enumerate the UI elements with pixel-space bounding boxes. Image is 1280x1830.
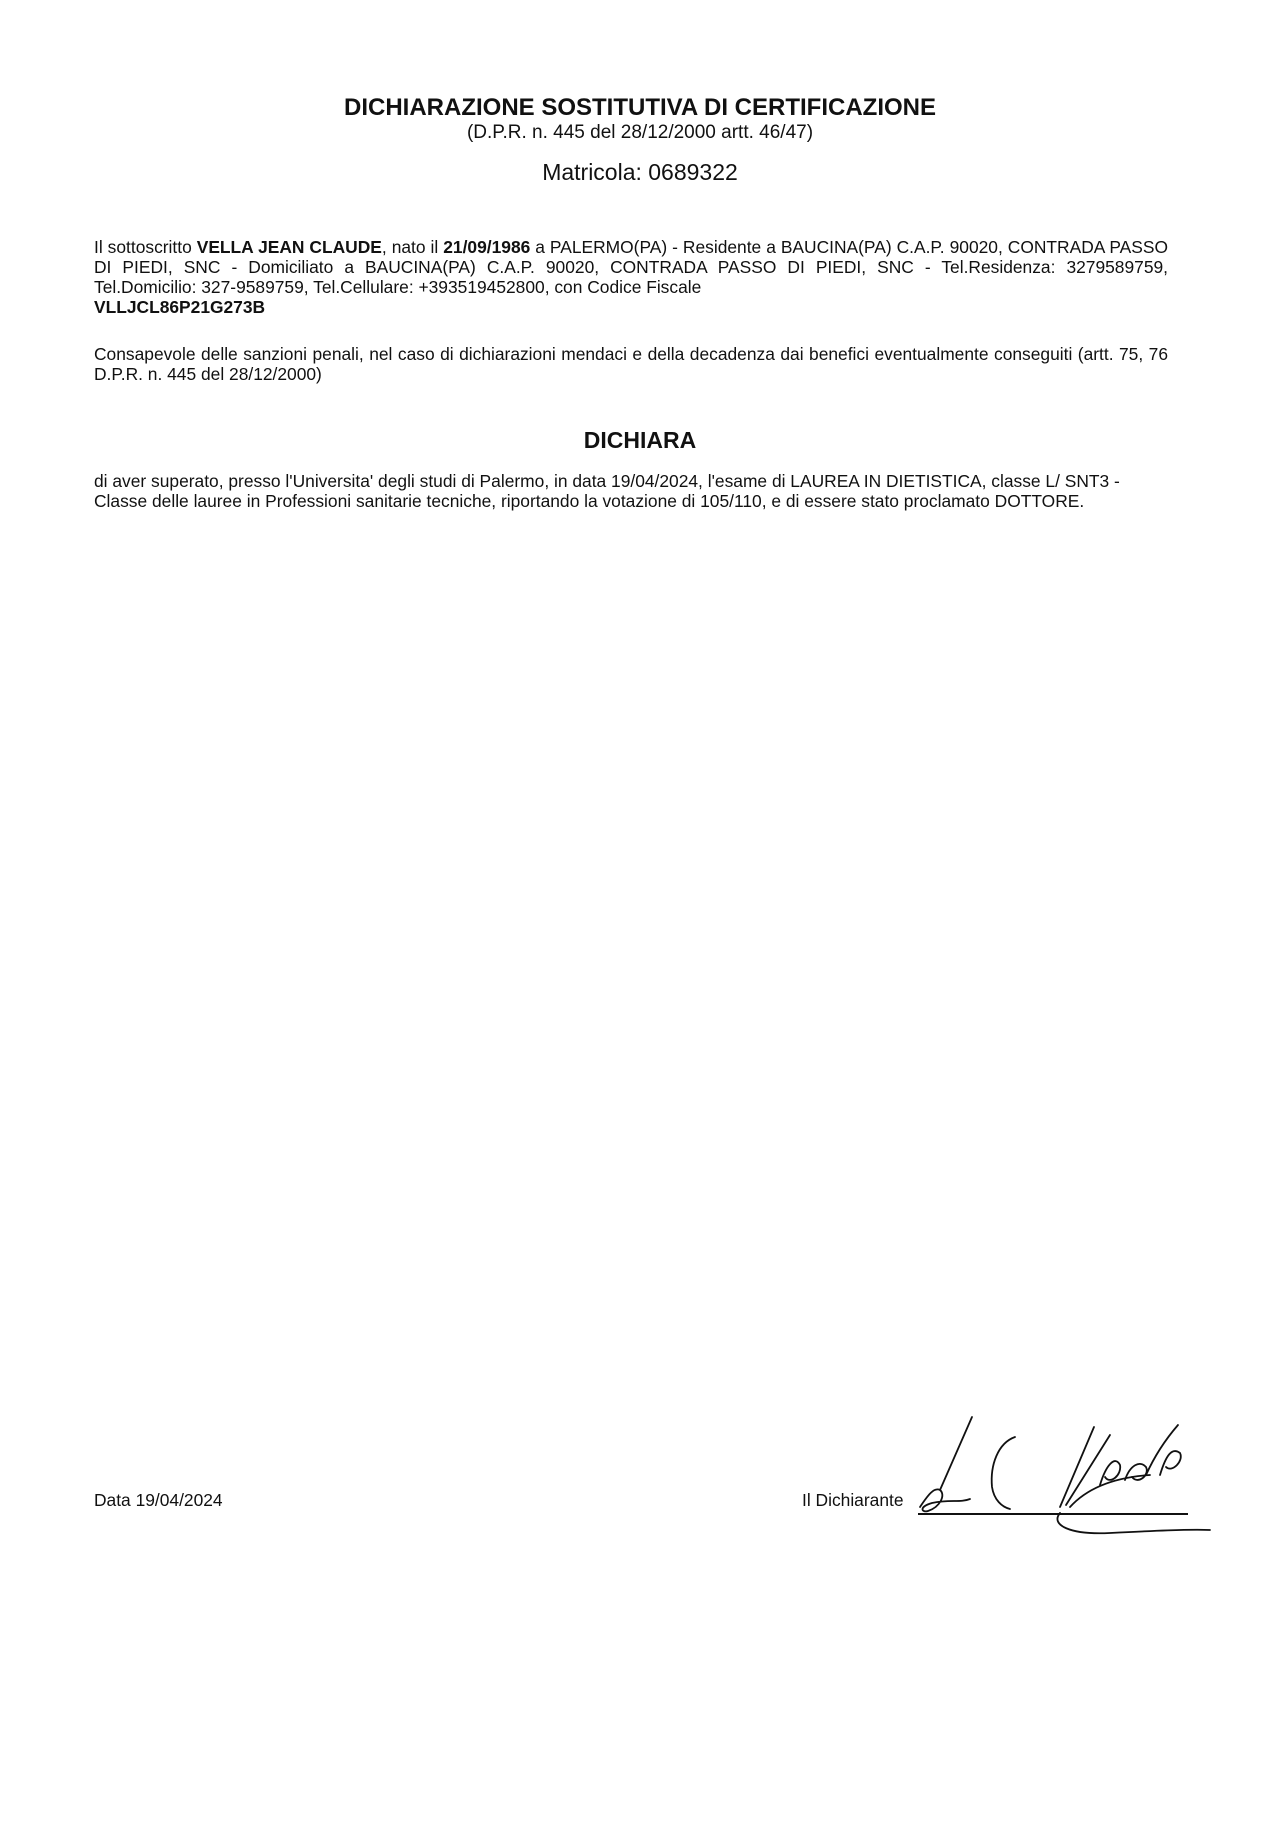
declarant-paragraph: Il sottoscritto VELLA JEAN CLAUDE, nato … [94, 237, 1168, 317]
declaration-heading: DICHIARA [0, 426, 1280, 454]
signature-icon [910, 1395, 1220, 1545]
intro-text: Il sottoscritto [94, 237, 197, 257]
document-subtitle: (D.P.R. n. 445 del 28/12/2000 artt. 46/4… [0, 122, 1280, 144]
document-date: Data 19/04/2024 [94, 1490, 223, 1510]
born-label: , nato il [382, 237, 443, 257]
codice-fiscale: VLLJCL86P21G273B [94, 297, 265, 317]
birth-date: 21/09/1986 [443, 237, 530, 257]
declarant-name: VELLA JEAN CLAUDE [197, 237, 382, 257]
awareness-paragraph: Consapevole delle sanzioni penali, nel c… [94, 344, 1168, 384]
document-title: DICHIARAZIONE SOSTITUTIVA DI CERTIFICAZI… [0, 94, 1280, 122]
declarant-label: Il Dichiarante [802, 1490, 904, 1510]
matricola: Matricola: 0689322 [0, 158, 1280, 186]
declaration-text: di aver superato, presso l'Universita' d… [94, 471, 1168, 511]
